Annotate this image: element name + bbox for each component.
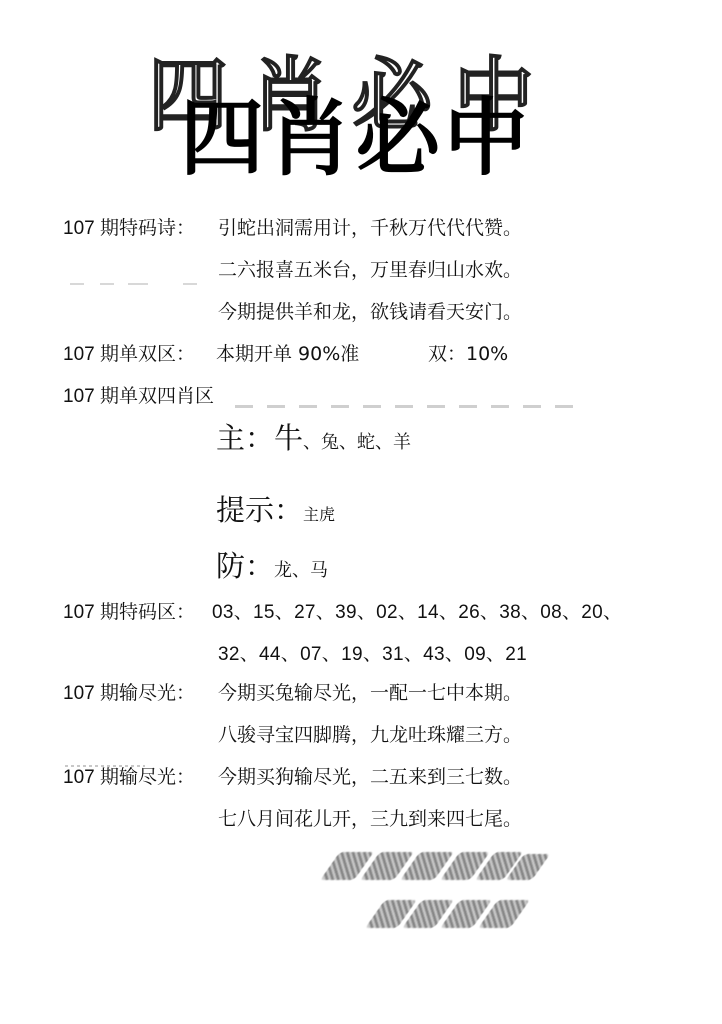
main-other-picks: 、兔、蛇、羊 [303, 432, 411, 453]
special-code-label: 107 期特码区： [63, 603, 195, 622]
faint-mark [100, 283, 114, 285]
main-label: 主： [216, 421, 274, 455]
guard-label: 防： [216, 549, 274, 583]
hint-label: 提示： [216, 493, 303, 527]
guard-value: 龙、马 [274, 560, 328, 581]
special-code-line-2: 32、44、07、19、31、43、09、21 [218, 645, 527, 664]
poem-line-2: 二六报喜五米台，万里春归山水欢。 [218, 261, 522, 280]
main-first-pick: 牛 [274, 421, 303, 455]
faint-divider [235, 405, 585, 408]
guard: 防：龙、马 [216, 552, 328, 581]
page-title: 四肖必中 [180, 96, 532, 180]
poem-label: 107 期特码诗： [63, 219, 195, 238]
lose-all-1-line-1: 今期买兔输尽光，一配一七中本期。 [218, 684, 522, 703]
odd-even-label: 107 期单双区： [63, 345, 195, 364]
hint-value: 主虎 [303, 505, 335, 524]
lose-all-label-2: 107 期输尽光： [63, 768, 195, 787]
lose-all-2-line-1: 今期买狗输尽光，二五来到三七数。 [218, 768, 522, 787]
lose-all-2-line-2: 七八月间花儿开，三九到来四七尾。 [218, 810, 522, 829]
poem-line-3: 今期提供羊和龙，欲钱请看天安门。 [218, 303, 522, 322]
special-code-line-1: 03、15、27、39、02、14、26、38、08、20、 [212, 603, 622, 622]
main-picks: 主：牛、兔、蛇、羊 [216, 424, 411, 453]
faint-mark [128, 283, 148, 285]
odd-text: 本期开单 90%准 [216, 345, 359, 364]
hint: 提示：主虎 [216, 496, 335, 525]
four-zodiac-label: 107 期单双四肖区 [63, 387, 214, 406]
even-text: 双：10% [428, 345, 508, 364]
lose-all-1-line-2: 八骏寻宝四脚腾，九龙吐珠耀三方。 [218, 726, 522, 745]
faint-mark [70, 283, 84, 285]
faint-mark [183, 283, 197, 285]
poem-line-1: 引蛇出洞需用计，千秋万代代代赞。 [218, 219, 522, 238]
lose-all-label-1: 107 期输尽光： [63, 684, 195, 703]
